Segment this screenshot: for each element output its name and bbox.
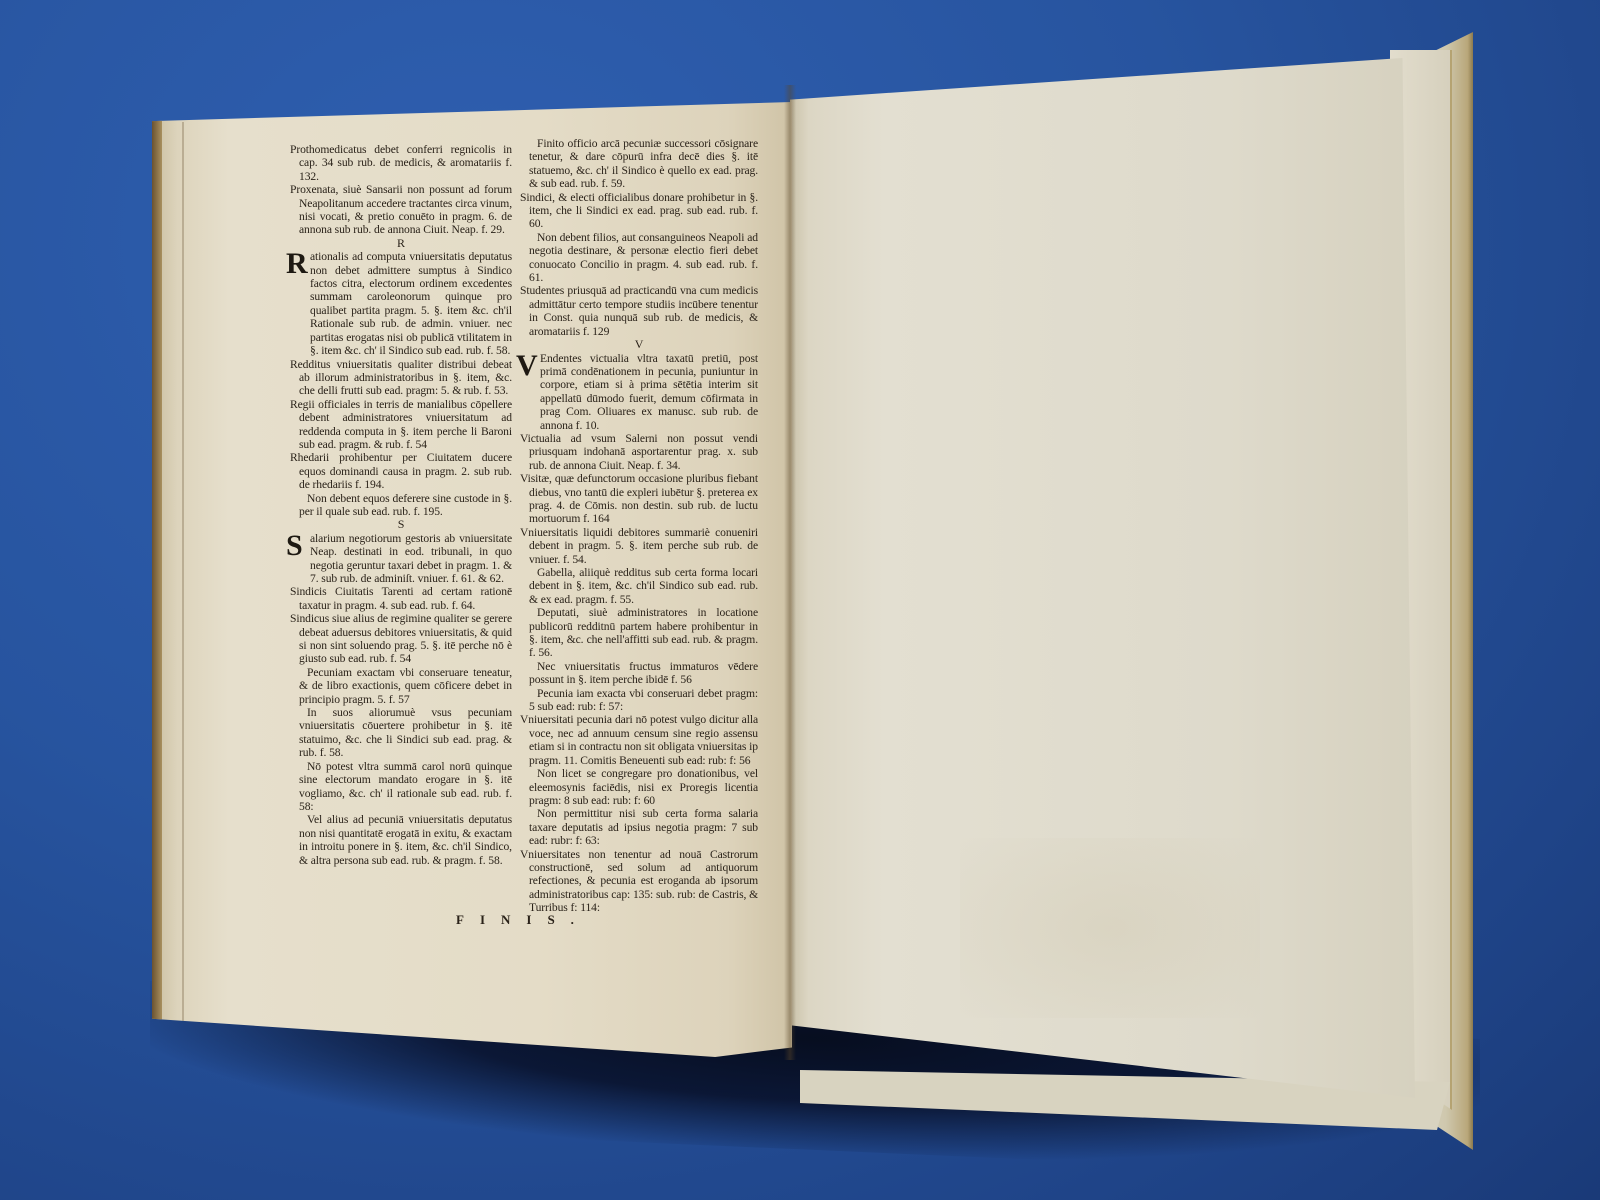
- index-entry: Nō potest vltra summā carol norū quinque…: [290, 760, 512, 814]
- book-gutter: [784, 85, 796, 1060]
- index-entry: Non debent filios, aut consanguineos Nea…: [520, 231, 758, 285]
- right-page-blank: [790, 58, 1415, 1098]
- section-letter-v: V: [520, 338, 758, 351]
- finis-colophon: FINIS.: [456, 912, 590, 928]
- index-entry: Vniuersitates non tenentur ad nouā Castr…: [520, 848, 758, 915]
- index-entry: Vniuersitatis liquidi debitores summariè…: [520, 526, 758, 566]
- drop-cap-s: S: [286, 532, 303, 560]
- index-entry: Regii officiales in terris de manialibus…: [290, 398, 512, 452]
- index-entry: Studentes priusquā ad practicandū vna cu…: [520, 284, 758, 338]
- page-fold-line: [182, 122, 184, 1022]
- index-entry: Finito officio arcā pecuniæ successori c…: [520, 137, 758, 191]
- index-entry: Sindici, & electi officialibus donare pr…: [520, 191, 758, 231]
- index-column-b: Finito officio arcā pecuniæ successori c…: [520, 137, 758, 915]
- index-entry: Vel alius ad pecuniā vniuersitatis deput…: [290, 813, 512, 867]
- entry-text: alarium negotiorum gestoris ab vniuersit…: [310, 532, 512, 585]
- entry-text: Endentes victualia vltra taxatū pretiū, …: [540, 352, 758, 432]
- index-entry: Sindicis Ciuitatis Tarenti ad certam rat…: [290, 585, 512, 612]
- index-entry: Nec vniuersitatis fructus immaturos vēde…: [520, 660, 758, 687]
- photo-scene: Prothomedicatus debet conferri regnicoli…: [0, 0, 1600, 1200]
- section-letter-r: R: [290, 237, 512, 250]
- index-entry: Pecuniam exactam vbi conseruare teneatur…: [290, 666, 512, 706]
- drop-cap-v: V: [516, 352, 538, 380]
- index-entry: Gabella, aliiquè redditus sub certa form…: [520, 566, 758, 606]
- index-entry-dropcap: S alarium negotiorum gestoris ab vniuers…: [290, 532, 512, 586]
- index-entry: Victualia ad vsum Salerni non possut ven…: [520, 432, 758, 472]
- index-entry: Non licet se congregare pro donationibus…: [520, 767, 758, 807]
- drop-cap-r: R: [286, 250, 308, 278]
- index-entry: Non permittitur nisi sub certa forma sal…: [520, 807, 758, 847]
- section-letter-s: S: [290, 518, 512, 531]
- index-entry-dropcap: R ationalis ad computa vniuersitatis dep…: [290, 250, 512, 357]
- entry-text: ationalis ad computa vniuersitatis deput…: [310, 250, 512, 357]
- index-entry: Pecunia iam exacta vbi conseruari debet …: [520, 687, 758, 714]
- page-stain: [960, 838, 1260, 1018]
- page-edge: [152, 102, 162, 1057]
- index-column-a: Prothomedicatus debet conferri regnicoli…: [290, 143, 512, 867]
- index-entry: Rhedarii prohibentur per Ciuitatem ducer…: [290, 451, 512, 491]
- index-entry: Vniuersitati pecunia dari nō potest vulg…: [520, 713, 758, 767]
- index-entry: Redditus vniuersitatis qualiter distribu…: [290, 358, 512, 398]
- index-entry: Proxenata, siuè Sansarii non possunt ad …: [290, 183, 512, 237]
- index-entry-dropcap: V Endentes victualia vltra taxatū pretiū…: [520, 352, 758, 432]
- index-entry: Sindicus siue alius de regimine qualiter…: [290, 612, 512, 666]
- index-entry: Visitæ, quæ defunctorum occasione plurib…: [520, 472, 758, 526]
- index-entry: Deputati, siuè administratores in locati…: [520, 606, 758, 660]
- index-entry: In suos aliorumuè vsus pecuniam vniuersi…: [290, 706, 512, 760]
- index-entry: Non debent equos deferere sine custode i…: [290, 492, 512, 519]
- index-entry: Prothomedicatus debet conferri regnicoli…: [290, 143, 512, 183]
